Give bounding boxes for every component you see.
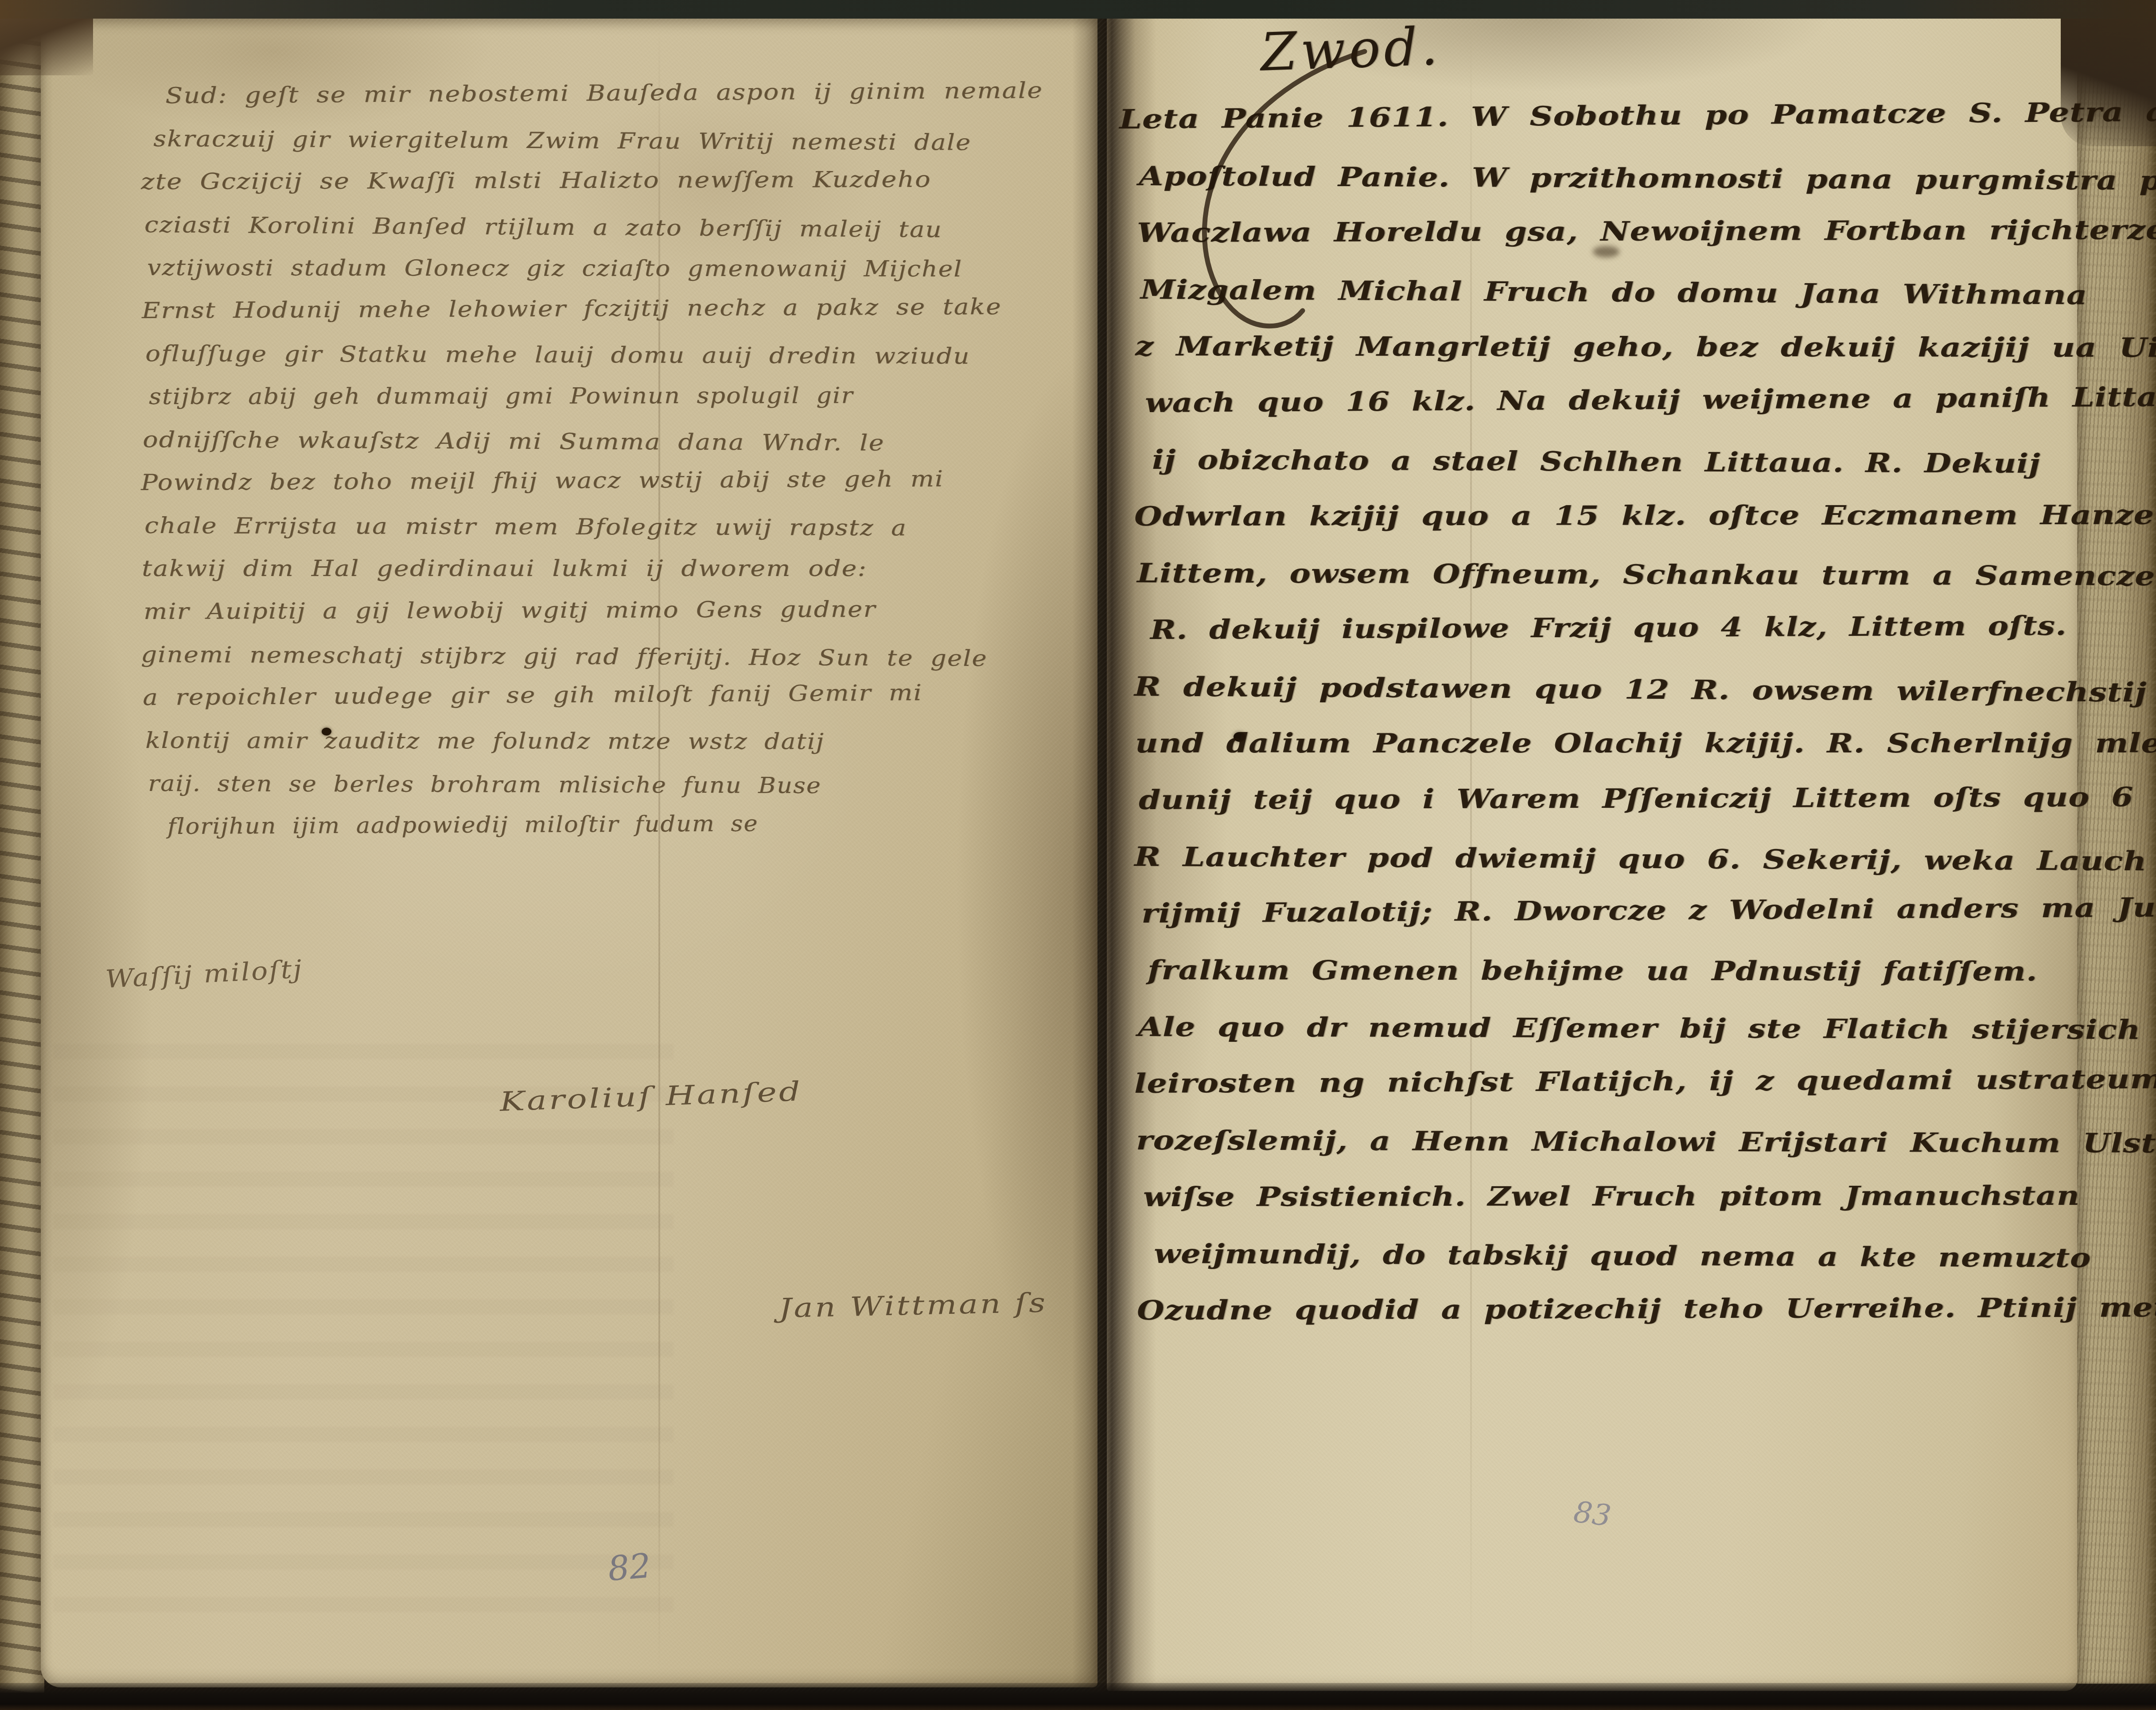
entry-heading: Zwod. (1260, 16, 1442, 83)
page-number-82: 82 (606, 1546, 652, 1589)
scan-background-top (0, 0, 2156, 19)
manuscript-line: wach quo 16 klz. Na dekuij weijmene a pa… (1144, 368, 2156, 432)
page-number-83: 83 (1572, 1495, 1613, 1533)
manuscript-line: chale Errijsta ua mistr mem Bfolegitz uw… (144, 504, 1038, 550)
manuscript-line: wiſse Psistienich. Zwel Fruch pitom Jman… (1143, 1167, 2156, 1226)
manuscript-line: Ernst Hodunij mehe lehowier fczijtij nec… (142, 285, 1039, 332)
manuscript-line: stijbrz abij geh dummaij gmi Powinun spo… (149, 374, 998, 418)
manuscript-line: und dalium Panczele Olachij kzijij. R. S… (1135, 715, 2156, 772)
manuscript-line: Ozudne quodid a potizechij teho Uerreihe… (1137, 1279, 2156, 1339)
manuscript-line: R dekuij podstawen quo 12 R. owsem wiler… (1134, 658, 2156, 722)
manuscript-line: fralkum Gmenen behijme ua Pdnustij fatiſ… (1148, 942, 2156, 1001)
manuscript-line: Ale quo dr nemud Eſſemer bij ste Flatich… (1138, 999, 2156, 1059)
manuscript-line: klontij amir zauditz me folundz mtze wst… (145, 719, 1014, 763)
manuscript-line: mir Auipitij a gij lewobij wgitj mimo Ge… (144, 588, 1031, 633)
manuscript-scan: Sud: geſt se mir nebostemi Bauſeda aspon… (0, 0, 2156, 1710)
left-page-text-block: Sud: geſt se mir nebostemi Bauſeda aspon… (141, 74, 935, 848)
manuscript-line: Sud: geſt se mir nebostemi Bauſeda aspon… (165, 69, 1043, 117)
manuscript-line: dunij teij quo i Warem Pſſeniczij Littem… (1139, 768, 2156, 829)
scan-background-bottom (0, 1683, 2156, 1710)
manuscript-line: leirosten ng nichſst Flatijch, ij z qued… (1134, 1051, 2156, 1112)
manuscript-line: zte Gczijcij se Kwaſſi mlsti Halizto new… (141, 158, 1055, 203)
manuscript-line: a repoichler uudege gir se gih miloſt fa… (143, 671, 1039, 719)
manuscript-line: Leta Panie 1611. W Sobothu po Pamatcze S… (1119, 83, 2156, 148)
ink-bleedthrough (53, 1041, 673, 1640)
signature-2: Jan Wittman ſs (778, 1287, 1047, 1324)
manuscript-line: ofluſſuge gir Statku mehe lauij domu aui… (145, 332, 1030, 378)
manuscript-line: takwij dim Hal gedirdinaui lukmi ij dwor… (142, 547, 1047, 590)
manuscript-line: rijmij Fuzalotij; R. Dworcze z Wodelni a… (1141, 879, 2156, 942)
manuscript-line: raij. sten se berles brohram mlisiche fu… (148, 762, 998, 808)
manuscript-line: Mizgalem Michal Fruch do domu Jana Withm… (1140, 261, 2156, 325)
manuscript-line: Powindz bez toho meijl fhij wacz wstij a… (141, 457, 1031, 504)
right-page-text-block: Leta Panie 1611. W Sobothu po Pamatcze S… (1134, 91, 2100, 1339)
manuscript-line: vztijwosti stadum Glonecz giz cziaſto gm… (147, 246, 1014, 291)
manuscript-line: Littem, owsem Offneum, Schankau turm a S… (1137, 545, 2156, 605)
book-left-page-edges (0, 13, 44, 1693)
manuscript-line: rozeſslemij, a Henn Michalowi Erijstari … (1136, 1112, 2156, 1172)
manuscript-line: z Marketij Mangrletij geho, bez dekuij k… (1135, 318, 2156, 377)
manuscript-line: cziasti Korolini Banſed rtijlum a zato b… (144, 203, 1031, 252)
manuscript-line: weijmundij, do tabskij quod nema a kte n… (1154, 1226, 2156, 1287)
manuscript-line: Apoſtolud Panie. W przithomnosti pana pu… (1139, 148, 2156, 210)
manuscript-line: Odwrlan kzijij quo a 15 klz. oſtce Eczma… (1134, 487, 2156, 545)
manuscript-line: skraczuij gir wiergitelum Zwim Frau Writ… (153, 117, 1029, 164)
manuscript-line: florijhun ijim aadpowiedij miloſtir fudu… (167, 801, 974, 848)
manuscript-line: Waczlawa Horeldu gsa, Newoijnem Fortban … (1137, 201, 2156, 261)
manuscript-line: R. dekuij iuspilowe Frzij quo 4 klz, Lit… (1150, 597, 2156, 658)
manuscript-line: ij obizchato a stael Schlhen Littaua. R.… (1152, 432, 2156, 493)
